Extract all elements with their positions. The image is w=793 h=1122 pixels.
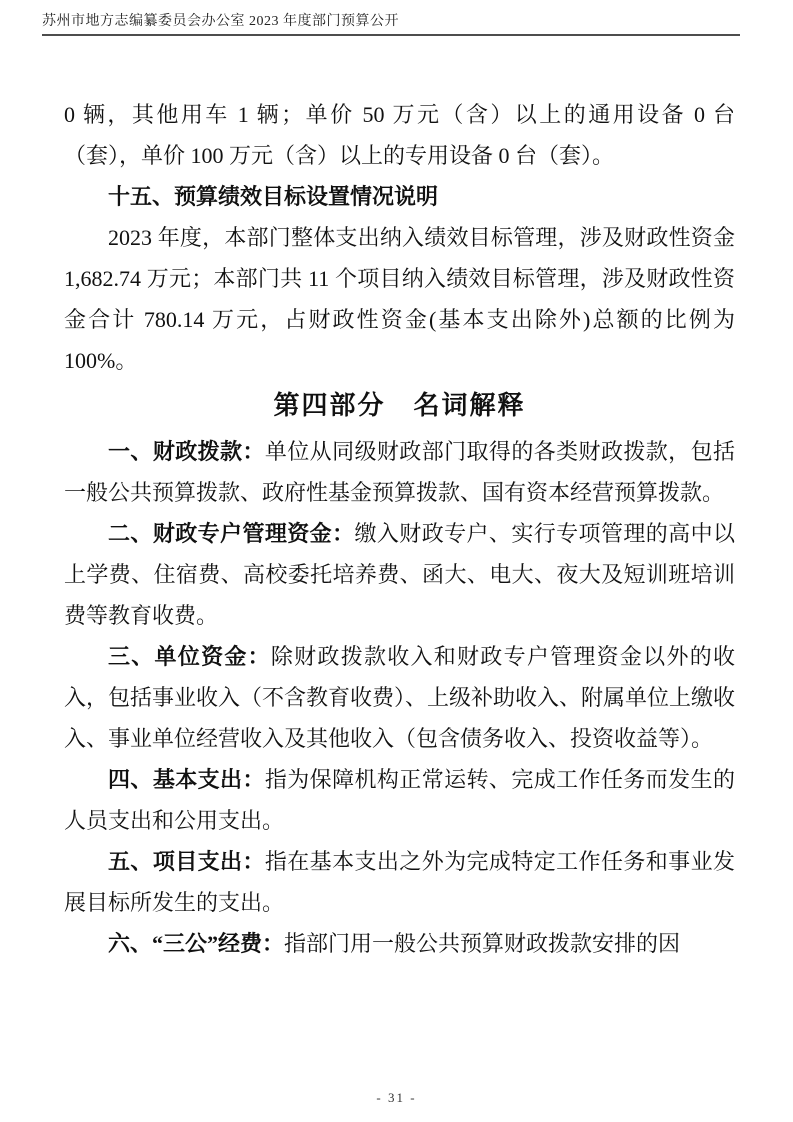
document-body: 0 辆，其他用车 1 辆；单价 50 万元（含）以上的通用设备 0 台（套），单… — [64, 94, 735, 964]
term-label: 一、财政拨款： — [108, 439, 265, 464]
document-header: 苏州市地方志编纂委员会办公室 2023 年度部门预算公开 — [42, 10, 740, 36]
term-item-unit-funds: 三、单位资金：除财政拨款收入和财政专户管理资金以外的收入，包括事业收入（不含教育… — [64, 636, 735, 759]
section-15-paragraph: 2023 年度，本部门整体支出纳入绩效目标管理，涉及财政性资金 1,682.74… — [64, 217, 735, 381]
section-15-heading: 十五、预算绩效目标设置情况说明 — [64, 176, 735, 217]
term-label: 四、基本支出： — [108, 767, 265, 792]
term-item-fiscal-appropriation: 一、财政拨款：单位从同级财政部门取得的各类财政拨款，包括一般公共预算拨款、政府性… — [64, 431, 735, 513]
part-4-heading: 第四部分 名词解释 — [64, 381, 735, 431]
term-item-special-account-funds: 二、财政专户管理资金：缴入财政专户、实行专项管理的高中以上学费、住宿费、高校委托… — [64, 513, 735, 636]
term-definition: 指部门用一般公共预算财政拨款安排的因 — [284, 931, 680, 956]
term-label: 二、财政专户管理资金： — [108, 521, 354, 546]
term-label: 五、项目支出： — [108, 849, 265, 874]
term-item-project-expenditure: 五、项目支出：指在基本支出之外为完成特定工作任务和事业发展目标所发生的支出。 — [64, 841, 735, 923]
term-label: 三、单位资金： — [108, 644, 271, 669]
term-label: 六、“三公”经费： — [108, 931, 284, 956]
document-page: 苏州市地方志编纂委员会办公室 2023 年度部门预算公开 0 辆，其他用车 1 … — [0, 0, 793, 1122]
carryover-paragraph: 0 辆，其他用车 1 辆；单价 50 万元（含）以上的通用设备 0 台（套），单… — [64, 94, 735, 176]
page-number: - 31 - — [0, 1090, 793, 1106]
term-item-basic-expenditure: 四、基本支出：指为保障机构正常运转、完成工作任务而发生的人员支出和公用支出。 — [64, 759, 735, 841]
term-item-three-public-funds: 六、“三公”经费：指部门用一般公共预算财政拨款安排的因 — [64, 923, 735, 964]
